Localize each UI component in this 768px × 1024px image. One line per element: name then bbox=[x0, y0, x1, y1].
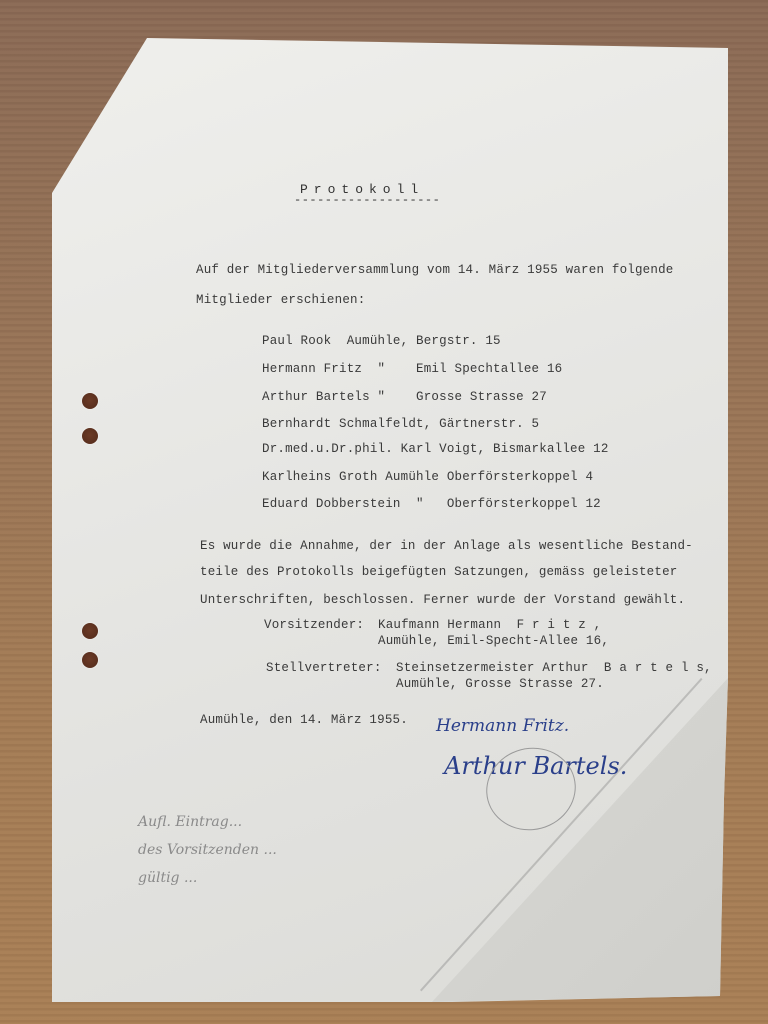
member-line: Bernhardt Schmalfeldt, Gärtnerstr. 5 bbox=[262, 417, 539, 431]
member-line: Arthur Bartels " Grosse Strasse 27 bbox=[262, 390, 547, 404]
punch-hole-1 bbox=[82, 393, 98, 409]
member-line: Karlheins Groth Aumühle Oberförsterkoppe… bbox=[262, 470, 593, 484]
member-line: Dr.med.u.Dr.phil. Karl Voigt, Bismarkall… bbox=[262, 442, 609, 456]
deputy-address: Aumühle, Grosse Strasse 27. bbox=[396, 677, 604, 691]
signature-hermann-fritz: Hermann Fritz. bbox=[436, 716, 569, 736]
punch-hole-4 bbox=[82, 652, 98, 668]
member-line: Paul Rook Aumühle, Bergstr. 15 bbox=[262, 334, 501, 348]
deputy-name: Steinsetzermeister Arthur B a r t e l s, bbox=[396, 661, 712, 675]
pencil-annotation: Aufl. Eintrag... des Vorsitzenden ... gü… bbox=[138, 808, 277, 892]
punch-hole-3 bbox=[82, 623, 98, 639]
intro-line-2: Mitglieder erschienen: bbox=[196, 293, 365, 307]
place-and-date: Aumühle, den 14. März 1955. bbox=[200, 713, 408, 727]
resolution-line-3: Unterschriften, beschlossen. Ferner wurd… bbox=[200, 593, 685, 607]
title-underline: ------------------- bbox=[294, 193, 440, 207]
member-line: Hermann Fritz " Emil Spechtallee 16 bbox=[262, 362, 562, 376]
chair-name: Kaufmann Hermann F r i t z , bbox=[378, 618, 601, 632]
chair-address: Aumühle, Emil-Specht-Allee 16, bbox=[378, 634, 609, 648]
member-line: Eduard Dobberstein " Oberförsterkoppel 1… bbox=[262, 497, 601, 511]
intro-line-1: Auf der Mitgliederversammlung vom 14. Mä… bbox=[196, 263, 673, 277]
chair-label: Vorsitzender: bbox=[264, 618, 364, 632]
resolution-line-2: teile des Protokolls beigefügten Satzung… bbox=[200, 565, 677, 579]
punch-hole-2 bbox=[82, 428, 98, 444]
deputy-label: Stellvertreter: bbox=[266, 661, 382, 675]
resolution-line-1: Es wurde die Annahme, der in der Anlage … bbox=[200, 539, 693, 553]
